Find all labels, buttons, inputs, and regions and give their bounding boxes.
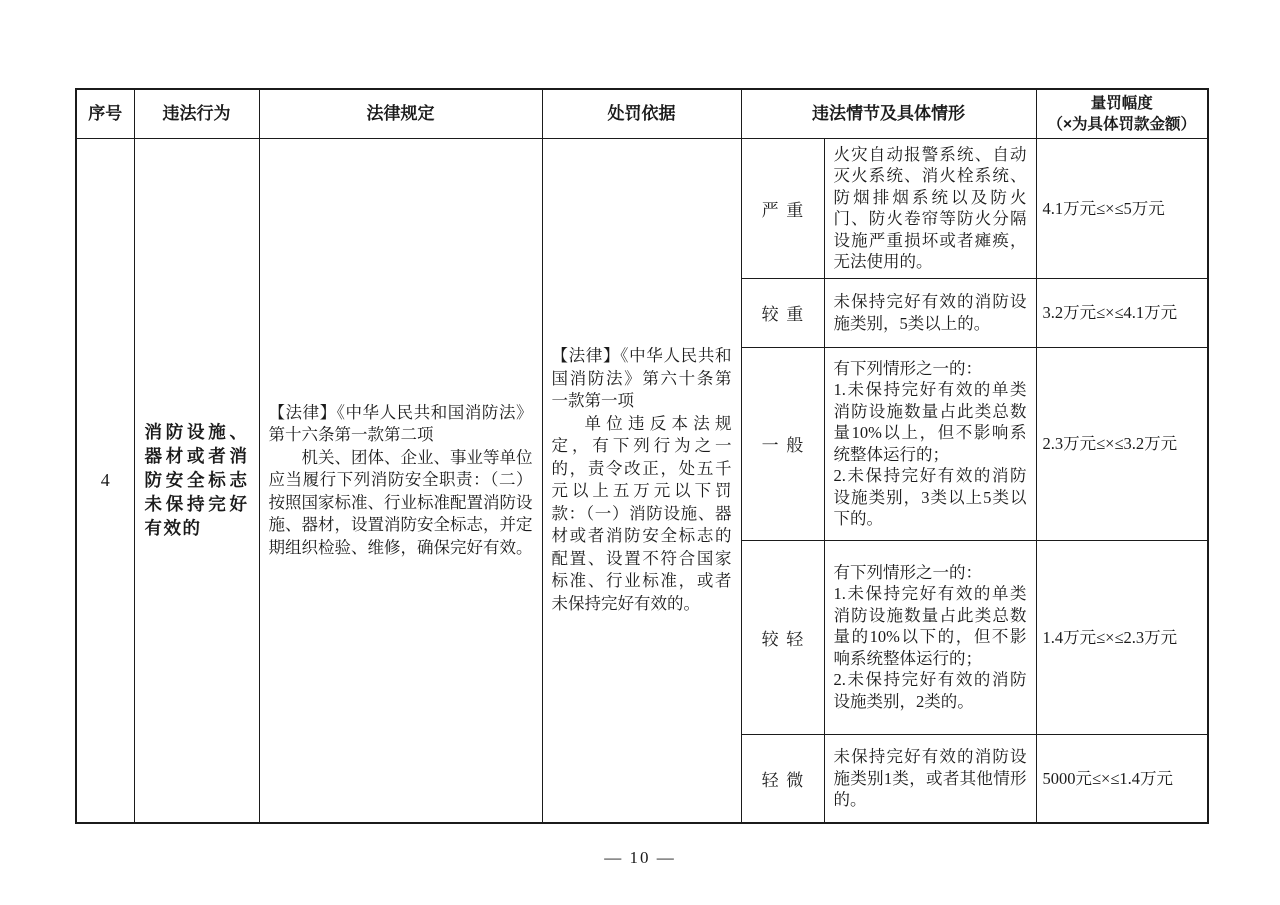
severity-label-text: 严重 xyxy=(762,201,811,220)
situation-description: 火灾自动报警系统、自动灭火系统、消火栓系统、防烟排烟系统以及防火门、防火卷帘等防… xyxy=(824,138,1036,278)
severity-label: 较轻 xyxy=(741,540,824,734)
violation-cell: 消防设施、器材或者消防安全标志未保持完好有效的 xyxy=(134,138,259,823)
column-header-penalty-basis: 处罚依据 xyxy=(542,89,741,138)
document-page: 序号 违法行为 法律规定 处罚依据 违法情节及具体情形 量罚幅度 （×为具体罚款… xyxy=(0,0,1280,905)
legal-provision-heading: 【法律】《中华人民共和国消防法》第十六条第一款第二项 xyxy=(269,402,533,447)
table-row-severe: 4 消防设施、器材或者消防安全标志未保持完好有效的 【法律】《中华人民共和国消防… xyxy=(76,138,1208,278)
penalty-range: 4.1万元≤×≤5万元 xyxy=(1036,138,1208,278)
legal-provision-body: 机关、团体、企业、事业等单位应当履行下列消防安全职责：（二）按照国家标准、行业标… xyxy=(269,447,533,560)
column-header-serial: 序号 xyxy=(76,89,134,138)
severity-label: 轻微 xyxy=(741,734,824,823)
situation-description: 有下列情形之一的： 1.未保持完好有效的单类消防设施数量占此类总数量的10%以下… xyxy=(824,540,1036,734)
severity-label-text: 较重 xyxy=(762,305,811,324)
situation-description: 有下列情形之一的： 1.未保持完好有效的单类消防设施数量占此类总数量10%以上，… xyxy=(824,347,1036,540)
situation-description: 未保持完好有效的消防设施类别1类，或者其他情形的。 xyxy=(824,734,1036,823)
penalty-table: 序号 违法行为 法律规定 处罚依据 违法情节及具体情形 量罚幅度 （×为具体罚款… xyxy=(75,88,1209,824)
severity-label: 较重 xyxy=(741,278,824,347)
page-number: — 10 — xyxy=(0,848,1280,868)
penalty-range: 5000元≤×≤1.4万元 xyxy=(1036,734,1208,823)
penalty-basis-heading: 【法律】《中华人民共和国消防法》第六十条第一款第一项 xyxy=(552,345,732,413)
serial-number-cell: 4 xyxy=(76,138,134,823)
severity-label-text: 轻微 xyxy=(762,771,811,790)
legal-provision-cell: 【法律】《中华人民共和国消防法》第十六条第一款第二项 机关、团体、企业、事业等单… xyxy=(259,138,542,823)
severity-label-text: 较轻 xyxy=(762,630,811,649)
column-header-penalty-range: 量罚幅度 （×为具体罚款金额） xyxy=(1036,89,1208,138)
column-header-situation: 违法情节及具体情形 xyxy=(741,89,1036,138)
penalty-range: 2.3万元≤×≤3.2万元 xyxy=(1036,347,1208,540)
column-header-violation: 违法行为 xyxy=(134,89,259,138)
severity-label: 一般 xyxy=(741,347,824,540)
severity-label: 严重 xyxy=(741,138,824,278)
penalty-range: 3.2万元≤×≤4.1万元 xyxy=(1036,278,1208,347)
severity-label-text: 一般 xyxy=(762,436,811,455)
situation-description: 未保持完好有效的消防设施类别，5类以上的。 xyxy=(824,278,1036,347)
table-header-row: 序号 违法行为 法律规定 处罚依据 违法情节及具体情形 量罚幅度 （×为具体罚款… xyxy=(76,89,1208,138)
penalty-basis-cell: 【法律】《中华人民共和国消防法》第六十条第一款第一项 单位违反本法规定，有下列行… xyxy=(542,138,741,823)
penalty-basis-body: 单位违反本法规定，有下列行为之一的，责令改正，处五千元以上五万元以下罚款：（一）… xyxy=(552,413,732,616)
penalty-range: 1.4万元≤×≤2.3万元 xyxy=(1036,540,1208,734)
column-header-legal-provision: 法律规定 xyxy=(259,89,542,138)
